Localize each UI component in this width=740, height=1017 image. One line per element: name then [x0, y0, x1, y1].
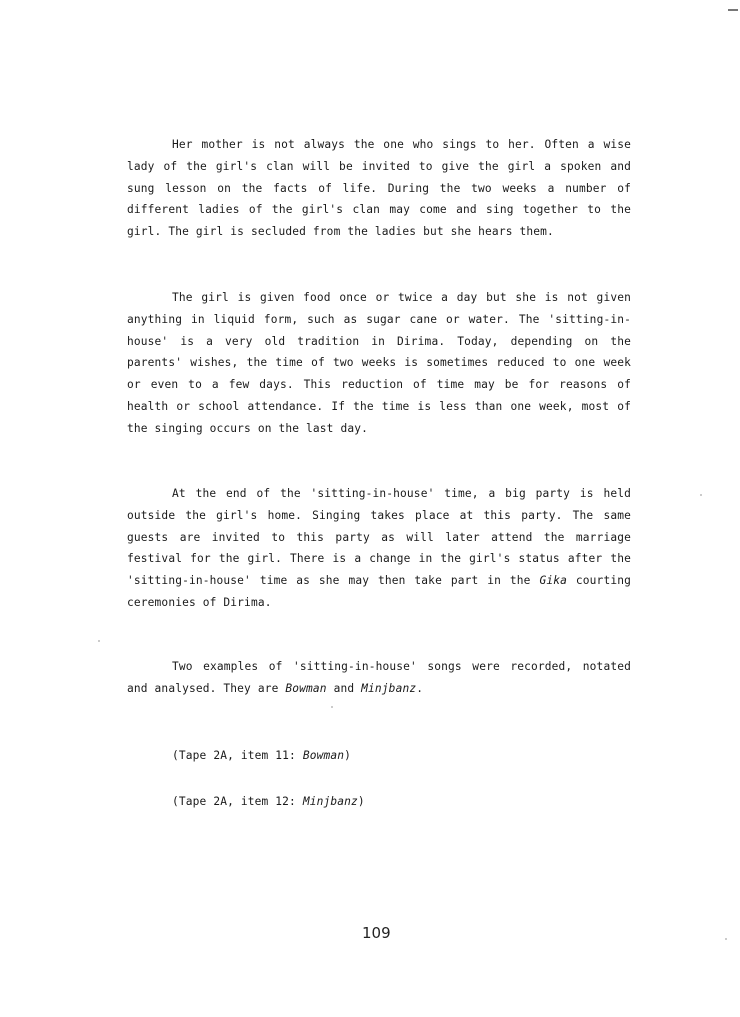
- tape-reference-2: (Tape 2A, item 12: Minjbanz): [172, 792, 365, 812]
- page-number: 109: [362, 924, 391, 942]
- scan-speck: [700, 494, 702, 496]
- paragraph-3: At the end of the 'sitting-in-house' tim…: [127, 483, 631, 614]
- tape-reference-2-song: Minjbanz: [303, 795, 358, 808]
- tape-reference-2-prefix: (Tape 2A, item 12:: [172, 795, 303, 808]
- paragraph-4: Two examples of 'sitting-in-house' songs…: [127, 656, 631, 700]
- scan-mark: [728, 9, 738, 11]
- paragraph-2: The girl is given food once or twice a d…: [127, 287, 631, 440]
- paragraph-4-end: .: [416, 682, 423, 695]
- paragraph-1-text: Her mother is not always the one who sin…: [127, 138, 631, 238]
- paragraph-1: Her mother is not always the one who sin…: [127, 134, 631, 243]
- scan-speck: [98, 640, 100, 642]
- paragraph-3-italic-term: Gika: [539, 574, 567, 587]
- tape-reference-1-prefix: (Tape 2A, item 11:: [172, 749, 303, 762]
- document-page: Her mother is not always the one who sin…: [0, 0, 740, 1017]
- paragraph-2-text: The girl is given food once or twice a d…: [127, 291, 631, 435]
- song-title-minjbanz: Minjbanz: [361, 682, 416, 695]
- tape-reference-1-song: Bowman: [303, 749, 344, 762]
- paragraph-3-text: At the end of the 'sitting-in-house' tim…: [127, 487, 631, 587]
- song-title-bowman: Bowman: [285, 682, 326, 695]
- tape-reference-1: (Tape 2A, item 11: Bowman): [172, 746, 351, 766]
- scan-speck: [725, 938, 727, 940]
- scan-speck: [331, 706, 333, 708]
- tape-reference-1-suffix: ): [344, 749, 351, 762]
- tape-reference-2-suffix: ): [358, 795, 365, 808]
- paragraph-4-conjunction: and: [327, 682, 361, 695]
